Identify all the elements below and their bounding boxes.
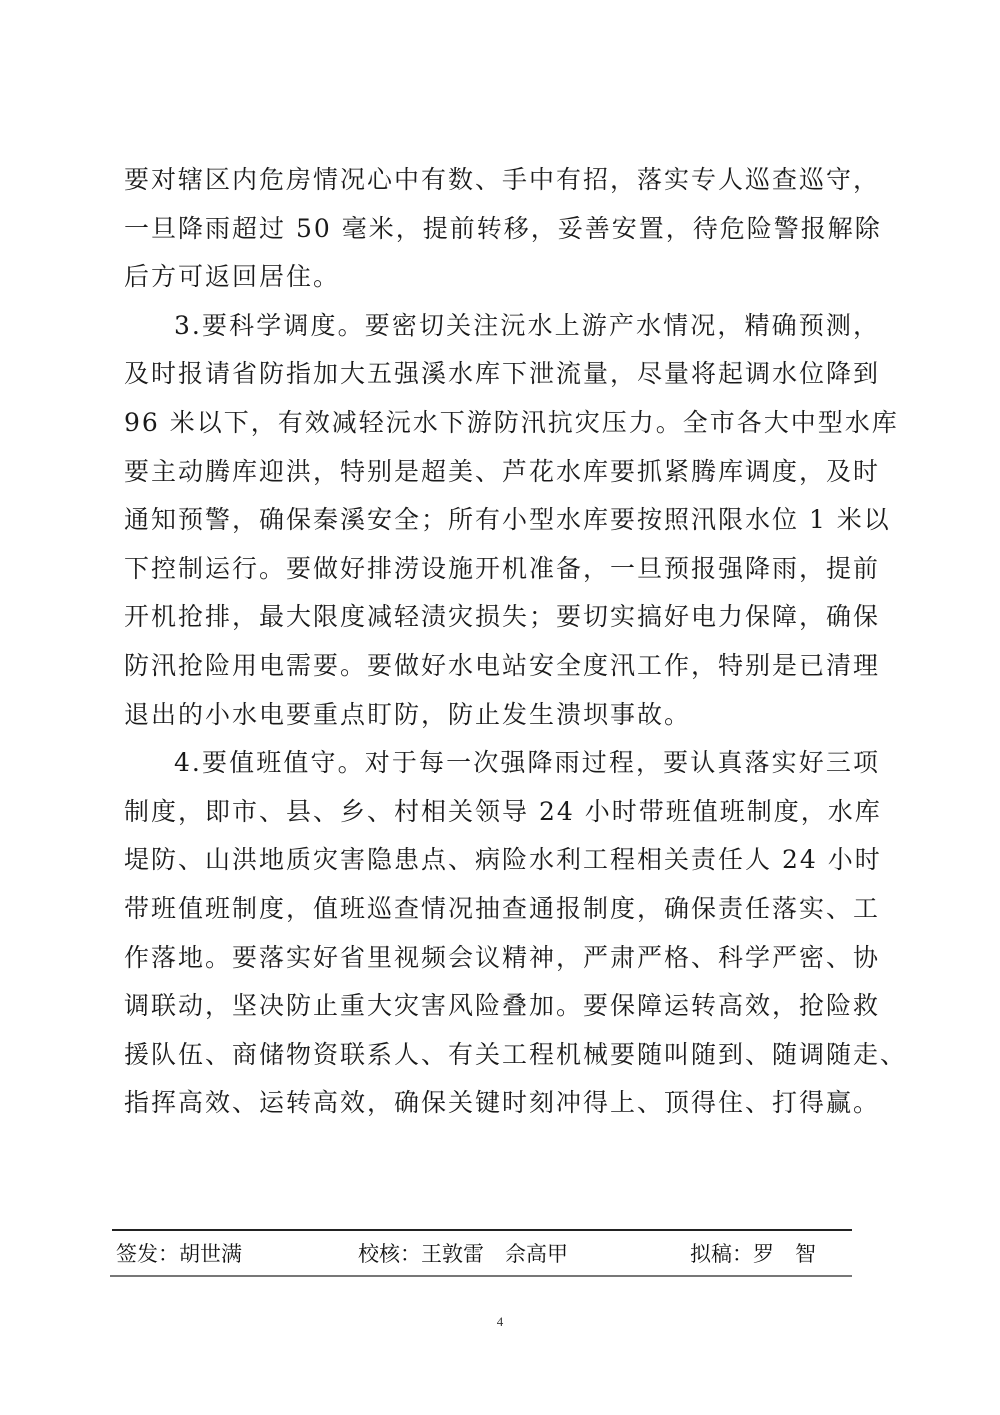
checked-by: 校核：王敦雷 佘高甲 [358,1236,568,1272]
page-number: 4 [0,1314,1000,1330]
text-line: 堤防、山洪地质灾害隐患点、病险水利工程相关责任人 24 小时 [124,836,880,885]
text-line: 调联动，坚决防止重大灾害风险叠加。要保障运转高效，抢险救 [124,982,880,1031]
footer-bottom-rule [110,1275,852,1277]
section-4-heading-line: 4.要值班值守。对于每一次强降雨过程，要认真落实好三项 [124,739,880,788]
text-line: 要对辖区内危房情况心中有数、手中有招，落实专人巡查巡守， [124,156,880,205]
text-line: 作落地。要落实好省里视频会议精神，严肃严格、科学严密、协 [124,934,880,983]
text-line: 96 米以下，有效减轻沅水下游防汛抗灾压力。全市各大中型水库 [124,399,880,448]
document-page: 要对辖区内危房情况心中有数、手中有招，落实专人巡查巡守， 一旦降雨超过 50 毫… [0,0,1000,1415]
text-line: 指挥高效、运转高效，确保关键时刻冲得上、顶得住、打得赢。 [124,1079,880,1128]
footer-top-rule [112,1229,852,1231]
drafted-by: 拟稿：罗 智 [690,1236,816,1272]
text-line: 下控制运行。要做好排涝设施开机准备，一旦预报强降雨，提前 [124,545,880,594]
text-line: 一旦降雨超过 50 毫米，提前转移，妥善安置，待危险警报解除 [124,205,880,254]
text-line: 防汛抢险用电需要。要做好水电站安全度汛工作，特别是已清理 [124,642,880,691]
text-line: 退出的小水电要重点盯防，防止发生溃坝事故。 [124,691,880,740]
text-line: 要主动腾库迎洪，特别是超美、芦花水库要抓紧腾库调度，及时 [124,448,880,497]
signed-by: 签发：胡世满 [116,1236,242,1272]
text-line: 开机抢排，最大限度减轻渍灾损失；要切实搞好电力保障，确保 [124,593,880,642]
text-line: 带班值班制度，值班巡查情况抽查通报制度，确保责任落实、工 [124,885,880,934]
text-line: 援队伍、商储物资联系人、有关工程机械要随叫随到、随调随走、 [124,1031,880,1080]
text-line: 制度，即市、县、乡、村相关领导 24 小时带班值班制度，水库 [124,788,880,837]
text-line: 通知预警，确保秦溪安全；所有小型水库要按照汛限水位 1 米以 [124,496,880,545]
section-3-heading-line: 3.要科学调度。要密切关注沅水上游产水情况，精确预测， [124,302,880,351]
text-line: 后方可返回居住。 [124,253,880,302]
text-line: 及时报请省防指加大五强溪水库下泄流量，尽量将起调水位降到 [124,350,880,399]
body-text: 要对辖区内危房情况心中有数、手中有招，落实专人巡查巡守， 一旦降雨超过 50 毫… [124,156,880,1128]
